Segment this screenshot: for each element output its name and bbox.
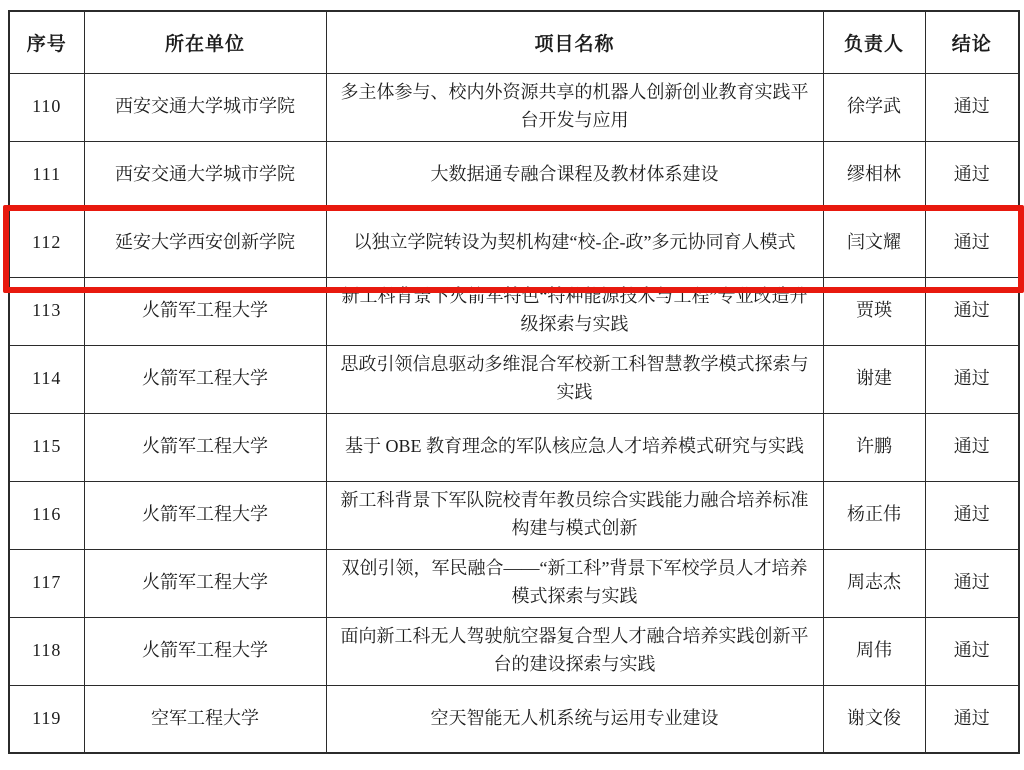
table-header: 序号 所在单位 项目名称 负责人 结论 — [9, 11, 1019, 73]
leader-cell: 谢建 — [823, 345, 925, 413]
column-header-project: 项目名称 — [326, 11, 823, 73]
column-header-unit: 所在单位 — [84, 11, 326, 73]
unit-cell: 火箭军工程大学 — [84, 549, 326, 617]
unit-cell: 空军工程大学 — [84, 685, 326, 753]
result-cell: 通过 — [925, 209, 1019, 277]
result-cell: 通过 — [925, 685, 1019, 753]
table-row: 114 火箭军工程大学 思政引领信息驱动多维混合军校新工科智慧教学模式探索与实践… — [9, 345, 1019, 413]
project-cell: 新工科背景下火箭军特色“特种能源技术与工程”专业改造升级探索与实践 — [326, 277, 823, 345]
seq-cell: 111 — [9, 141, 84, 209]
leader-cell: 杨正伟 — [823, 481, 925, 549]
project-cell: 多主体参与、校内外资源共享的机器人创新创业教育实践平台开发与应用 — [326, 73, 823, 141]
project-cell: 空天智能无人机系统与运用专业建设 — [326, 685, 823, 753]
result-cell: 通过 — [925, 413, 1019, 481]
seq-cell: 113 — [9, 277, 84, 345]
unit-cell: 火箭军工程大学 — [84, 617, 326, 685]
table-row: 110 西安交通大学城市学院 多主体参与、校内外资源共享的机器人创新创业教育实践… — [9, 73, 1019, 141]
project-cell: 双创引领，军民融合——“新工科”背景下军校学员人才培养模式探索与实践 — [326, 549, 823, 617]
unit-cell: 西安交通大学城市学院 — [84, 73, 326, 141]
leader-cell: 周志杰 — [823, 549, 925, 617]
leader-cell: 徐学武 — [823, 73, 925, 141]
project-cell: 新工科背景下军队院校青年教员综合实践能力融合培养标准构建与模式创新 — [326, 481, 823, 549]
result-cell: 通过 — [925, 277, 1019, 345]
table-row: 115 火箭军工程大学 基于 OBE 教育理念的军队核应急人才培养模式研究与实践… — [9, 413, 1019, 481]
result-cell: 通过 — [925, 73, 1019, 141]
document-page: 序号 所在单位 项目名称 负责人 结论 110 西安交通大学城市学院 多主体参与… — [0, 0, 1024, 770]
seq-cell: 115 — [9, 413, 84, 481]
seq-cell: 116 — [9, 481, 84, 549]
unit-cell: 延安大学西安创新学院 — [84, 209, 326, 277]
table-row: 116 火箭军工程大学 新工科背景下军队院校青年教员综合实践能力融合培养标准构建… — [9, 481, 1019, 549]
table-row: 117 火箭军工程大学 双创引领，军民融合——“新工科”背景下军校学员人才培养模… — [9, 549, 1019, 617]
seq-cell: 119 — [9, 685, 84, 753]
seq-cell: 114 — [9, 345, 84, 413]
column-header-leader: 负责人 — [823, 11, 925, 73]
table-row: 119 空军工程大学 空天智能无人机系统与运用专业建设 谢文俊 通过 — [9, 685, 1019, 753]
project-cell: 思政引领信息驱动多维混合军校新工科智慧教学模式探索与实践 — [326, 345, 823, 413]
seq-cell: 112 — [9, 209, 84, 277]
unit-cell: 火箭军工程大学 — [84, 481, 326, 549]
leader-cell: 许鹏 — [823, 413, 925, 481]
result-cell: 通过 — [925, 141, 1019, 209]
seq-cell: 110 — [9, 73, 84, 141]
leader-cell: 缪相林 — [823, 141, 925, 209]
column-header-result: 结论 — [925, 11, 1019, 73]
unit-cell: 火箭军工程大学 — [84, 413, 326, 481]
result-cell: 通过 — [925, 345, 1019, 413]
leader-cell: 贾瑛 — [823, 277, 925, 345]
project-cell: 面向新工科无人驾驶航空器复合型人才融合培养实践创新平台的建设探索与实践 — [326, 617, 823, 685]
result-cell: 通过 — [925, 617, 1019, 685]
project-cell: 大数据通专融合课程及教材体系建设 — [326, 141, 823, 209]
table-row: 113 火箭军工程大学 新工科背景下火箭军特色“特种能源技术与工程”专业改造升级… — [9, 277, 1019, 345]
column-header-seq: 序号 — [9, 11, 84, 73]
project-cell: 基于 OBE 教育理念的军队核应急人才培养模式研究与实践 — [326, 413, 823, 481]
header-row: 序号 所在单位 项目名称 负责人 结论 — [9, 11, 1019, 73]
leader-cell: 谢文俊 — [823, 685, 925, 753]
leader-cell: 周伟 — [823, 617, 925, 685]
table-row: 118 火箭军工程大学 面向新工科无人驾驶航空器复合型人才融合培养实践创新平台的… — [9, 617, 1019, 685]
result-cell: 通过 — [925, 549, 1019, 617]
unit-cell: 西安交通大学城市学院 — [84, 141, 326, 209]
unit-cell: 火箭军工程大学 — [84, 345, 326, 413]
leader-cell: 闫文耀 — [823, 209, 925, 277]
result-cell: 通过 — [925, 481, 1019, 549]
unit-cell: 火箭军工程大学 — [84, 277, 326, 345]
project-cell: 以独立学院转设为契机构建“校-企-政”多元协同育人模式 — [326, 209, 823, 277]
seq-cell: 118 — [9, 617, 84, 685]
table-row: 111 西安交通大学城市学院 大数据通专融合课程及教材体系建设 缪相林 通过 — [9, 141, 1019, 209]
seq-cell: 117 — [9, 549, 84, 617]
project-results-table: 序号 所在单位 项目名称 负责人 结论 110 西安交通大学城市学院 多主体参与… — [8, 10, 1020, 754]
table-wrap: 序号 所在单位 项目名称 负责人 结论 110 西安交通大学城市学院 多主体参与… — [8, 10, 1018, 754]
table-row: 112 延安大学西安创新学院 以独立学院转设为契机构建“校-企-政”多元协同育人… — [9, 209, 1019, 277]
table-body: 110 西安交通大学城市学院 多主体参与、校内外资源共享的机器人创新创业教育实践… — [9, 73, 1019, 753]
